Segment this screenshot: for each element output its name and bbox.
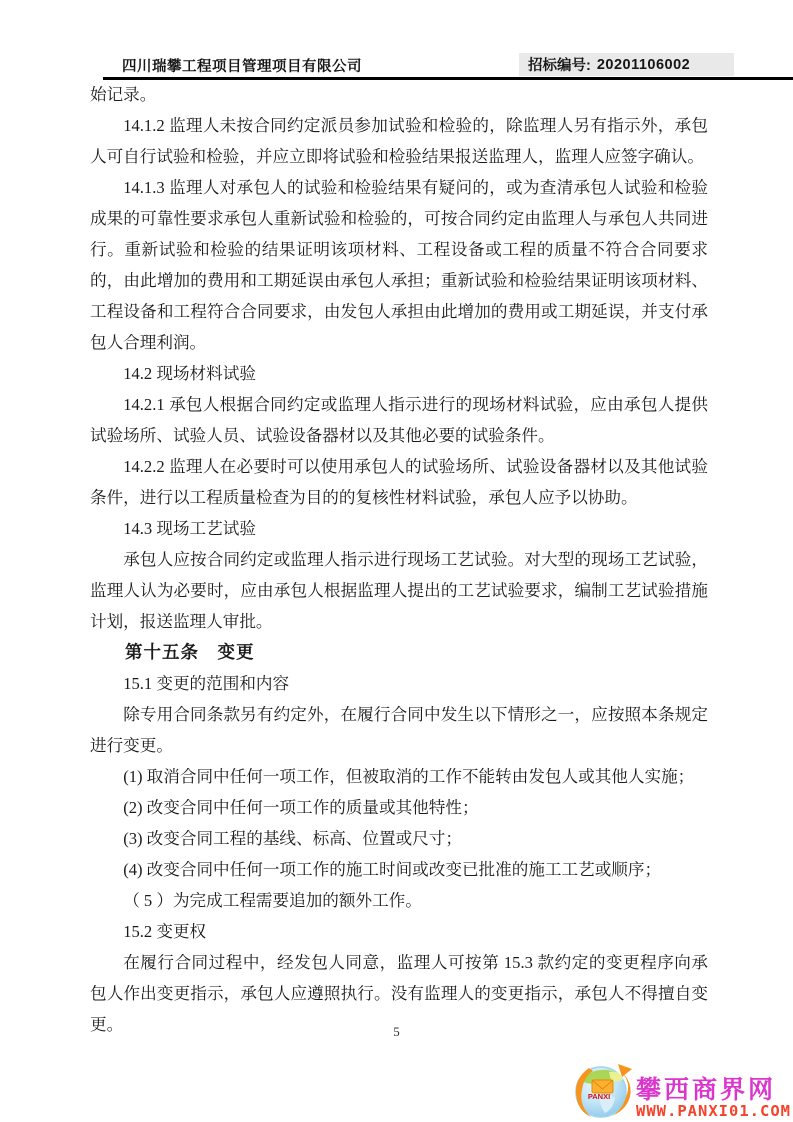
bid-number-label: 招标编号:	[528, 54, 591, 75]
subheading-15-1: 15.1 变更的范围和内容	[90, 668, 708, 699]
subheading-14-3: 14.3 现场工艺试验	[90, 513, 708, 544]
list-item-4: (4) 改变合同中任何一项工作的施工时间或改变已批准的施工工艺或顺序；	[90, 854, 708, 885]
list-item-2: (2) 改变合同中任何一项工作的质量或其他特性；	[90, 792, 708, 823]
subheading-14-2: 14.2 现场材料试验	[90, 358, 708, 389]
subheading-15-2: 15.2 变更权	[90, 916, 708, 947]
list-item-5: （ 5 ）为完成工程需要追加的额外工作。	[90, 885, 708, 916]
paragraph-14-2-1: 14.2.1 承包人根据合同约定或监理人指示进行的现场材料试验，应由承包人提供试…	[90, 389, 708, 451]
document-body: 始记录。 14.1.2 监理人未按合同约定派员参加试验和检验的，除监理人另有指示…	[90, 79, 708, 1040]
list-item-3: (3) 改变合同工程的基线、标高、位置或尺寸；	[90, 823, 708, 854]
bid-number-value: 20201106002	[597, 57, 690, 73]
paragraph-14-3-body: 承包人应按合同约定或监理人指示进行现场工艺试验。对大型的现场工艺试验，监理人认为…	[90, 544, 708, 637]
paragraph-14-1-2: 14.1.2 监理人未按合同约定派员参加试验和检验的，除监理人另有指示外，承包人…	[90, 110, 708, 172]
watermark-text-block: 攀西商界网 WWW.PANXI01.COM	[636, 1077, 791, 1121]
list-item-1: (1) 取消合同中任何一项工作，但被取消的工作不能转由发包人或其他人实施；	[90, 761, 708, 792]
header-bid-number: 招标编号: 20201106002	[519, 53, 734, 76]
document-page: 四川瑞攀工程项目管理项目有限公司 招标编号: 20201106002 始记录。 …	[0, 0, 793, 1122]
chapter-heading-15: 第十五条 变更	[90, 637, 708, 668]
page-number: 5	[0, 1024, 793, 1040]
panxi-globe-logo: PANXI	[569, 1061, 635, 1121]
paragraph-14-2-2: 14.2.2 监理人在必要时可以使用承包人的试验场所、试验设备器材以及其他试验条…	[90, 451, 708, 513]
paragraph-continuation: 始记录。	[90, 79, 708, 110]
logo-text: PANXI	[588, 1092, 610, 1101]
watermark-site-name: 攀西商界网	[636, 1077, 776, 1103]
watermark-site-url[interactable]: WWW.PANXI01.COM	[636, 1103, 791, 1121]
paragraph-15-1-body: 除专用合同条款另有约定外，在履行合同中发生以下情形之一，应按照本条规定进行变更。	[90, 699, 708, 761]
watermark: PANXI 攀西商界网 WWW.PANXI01.COM	[569, 1059, 791, 1121]
paragraph-14-1-3: 14.1.3 监理人对承包人的试验和检验结果有疑问的，或为查清承包人试验和检验成…	[90, 172, 708, 358]
header-company-name: 四川瑞攀工程项目管理项目有限公司	[122, 55, 362, 76]
